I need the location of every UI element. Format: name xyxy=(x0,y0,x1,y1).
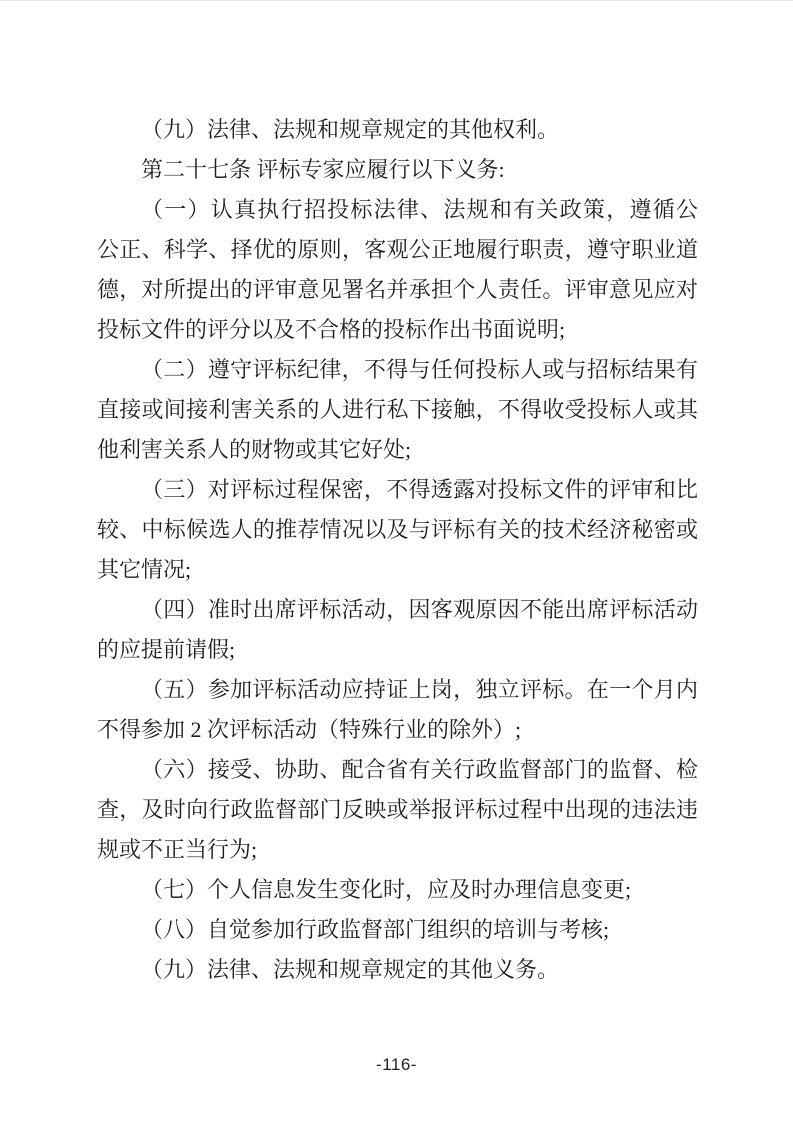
page-footer: -116- xyxy=(0,1053,793,1077)
text-line: （一）认真执行招投标法律、法规和有关政策，遵循公平、 xyxy=(97,190,698,230)
text-line: 查，及时向行政监督部门反映或举报评标过程中出现的违法违 xyxy=(97,790,698,830)
text-line: （九）法律、法规和规章规定的其他义务。 xyxy=(97,950,698,990)
text-line: 其它情况; xyxy=(97,550,698,590)
text-line: （六）接受、协助、配合省有关行政监督部门的监督、检 xyxy=(97,750,698,790)
document-page: （九）法律、法规和规章规定的其他权利。第二十七条 评标专家应履行以下义务:（一）… xyxy=(0,0,793,1122)
text-line: 规或不正当行为; xyxy=(97,830,698,870)
text-line: 的应提前请假; xyxy=(97,630,698,670)
text-line: 公正、科学、择优的原则，客观公正地履行职责，遵守职业道 xyxy=(97,230,698,270)
text-line: （三）对评标过程保密，不得透露对投标文件的评审和比 xyxy=(97,470,698,510)
text-line: （七）个人信息发生变化时，应及时办理信息变更; xyxy=(97,870,698,910)
text-line: （八）自觉参加行政监督部门组织的培训与考核; xyxy=(97,910,698,950)
document-text-block: （九）法律、法规和规章规定的其他权利。第二十七条 评标专家应履行以下义务:（一）… xyxy=(97,110,698,990)
text-line: 德，对所提出的评审意见署名并承担个人责任。评审意见应对 xyxy=(97,270,698,310)
text-line: 投标文件的评分以及不合格的投标作出书面说明; xyxy=(97,310,698,350)
text-line: 他利害关系人的财物或其它好处; xyxy=(97,430,698,470)
text-line: 较、中标候选人的推荐情况以及与评标有关的技术经济秘密或 xyxy=(97,510,698,550)
text-line: 直接或间接利害关系的人进行私下接触，不得收受投标人或其 xyxy=(97,390,698,430)
page-number: -116- xyxy=(376,1055,417,1074)
text-line: （二）遵守评标纪律，不得与任何投标人或与招标结果有 xyxy=(97,350,698,390)
text-line: （四）准时出席评标活动，因客观原因不能出席评标活动 xyxy=(97,590,698,630)
text-line: 第二十七条 评标专家应履行以下义务: xyxy=(97,150,698,190)
text-line: 不得参加 2 次评标活动（特殊行业的除外）; xyxy=(97,710,698,750)
text-line: （五）参加评标活动应持证上岗，独立评标。在一个月内 xyxy=(97,670,698,710)
text-line: （九）法律、法规和规章规定的其他权利。 xyxy=(97,110,698,150)
